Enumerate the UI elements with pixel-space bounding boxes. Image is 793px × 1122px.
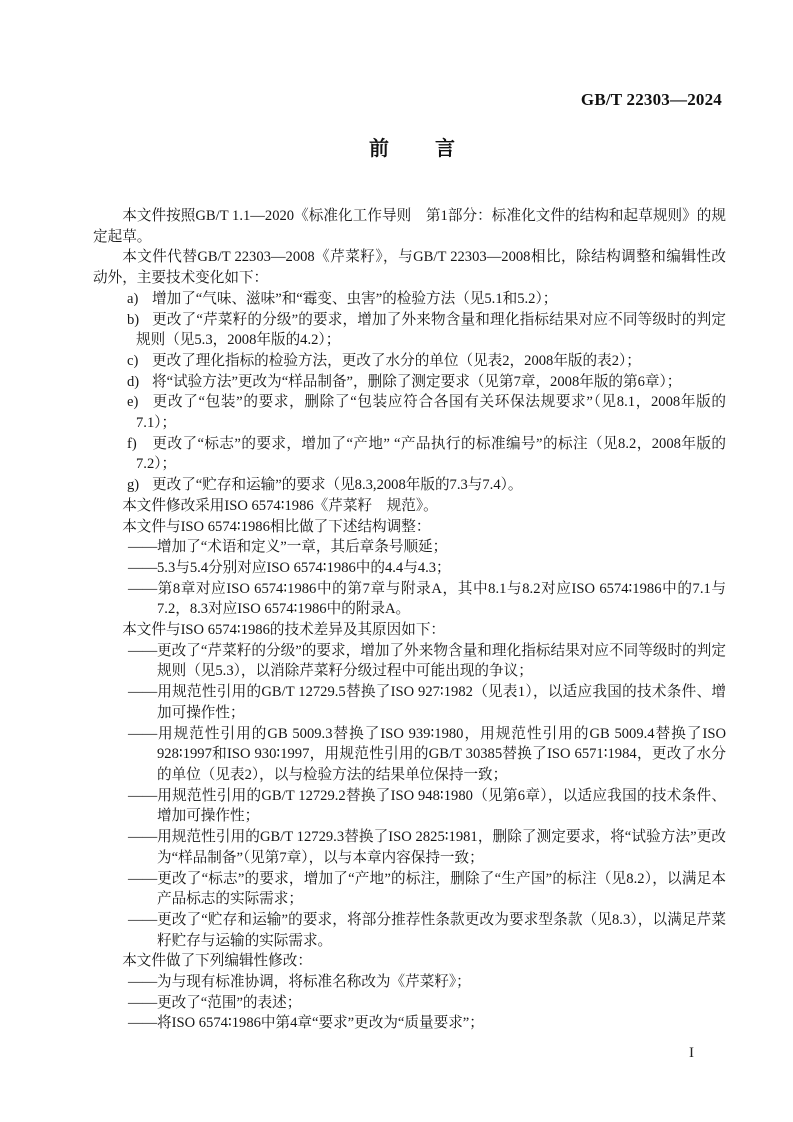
block-text: 本文件代替GB/T 22303—2008《芹菜籽》，与GB/T 22303—20… [93,249,726,286]
dash-marker: —— [128,869,157,890]
block-text: 用规范性引用的GB/T 12729.2替换了ISO 948∶1980（见第6章）… [157,788,726,825]
paragraph: 本文件代替GB/T 22303—2008《芹菜籽》，与GB/T 22303—20… [93,247,726,288]
list-item-dash: ——更改了“芹菜籽的分级”的要求，增加了外来物含量和理化指标结果对应不同等级时的… [93,641,726,682]
list-item-letter: g)更改了“贮存和运输”的要求（见8.3,2008年版的7.3与7.4）。 [93,475,726,496]
item-marker: d) [127,372,152,393]
block-text: 更改了“芹菜籽的分级”的要求，增加了外来物含量和理化指标结果对应不同等级时的判定… [157,643,726,680]
list-item-dash: ——用规范性引用的GB/T 12729.2替换了ISO 948∶1980（见第6… [93,786,726,827]
paragraph: 本文件修改采用ISO 6574∶1986《芹菜籽 规范》。 [93,496,726,517]
document-page: GB/T 22303—2024 前 言 本文件按照GB/T 1.1—2020《标… [0,0,793,1122]
dash-marker: —— [128,910,157,931]
block-text: 更改了“包装”的要求，删除了“包装应符合各国有关环保法规要求”（见8.1，200… [136,394,726,431]
item-marker: g) [127,475,152,496]
block-text: 增加了“气味、滋味”和“霉变、虫害”的检验方法（见5.1和5.2）； [152,291,557,307]
dash-marker: —— [128,993,157,1014]
list-item-dash: ——5.3与5.4分别对应ISO 6574∶1986中的4.4与4.3； [93,558,726,579]
list-item-letter: e)更改了“包装”的要求，删除了“包装应符合各国有关环保法规要求”（见8.1，2… [93,392,726,433]
item-marker: f) [127,434,152,455]
paragraph: 本文件与ISO 6574∶1986的技术差异及其原因如下： [93,620,726,641]
block-text: 本文件与ISO 6574∶1986的技术差异及其原因如下： [122,622,445,638]
block-text: 5.3与5.4分别对应ISO 6574∶1986中的4.4与4.3； [157,560,451,576]
list-item-dash: ——将ISO 6574∶1986中第4章“要求”更改为“质量要求”； [93,1013,726,1034]
standard-code: GB/T 22303—2024 [581,90,722,110]
list-item-letter: f)更改了“标志”的要求，增加了“产地” “产品执行的标准编号”的标注（见8.2… [93,434,726,475]
page-title: 前 言 [369,139,455,159]
item-marker: c) [127,351,152,372]
block-text: 将“试验方法”更改为“样品制备”，删除了测定要求（见第7章，2008年版的第6章… [152,374,681,390]
list-item-dash: ——用规范性引用的GB/T 12729.3替换了ISO 2825∶1981，删除… [93,827,726,868]
dash-marker: —— [128,972,157,993]
block-text: 本文件修改采用ISO 6574∶1986《芹菜籽 规范》。 [122,498,438,514]
item-marker: b) [127,310,152,331]
block-text: 更改了“贮存和运输”的要求（见8.3,2008年版的7.3与7.4）。 [152,477,523,493]
block-text: 更改了“标志”的要求，增加了“产地” “产品执行的标准编号”的标注（见8.2，2… [136,436,726,473]
dash-marker: —— [128,827,157,848]
block-text: 第8章对应ISO 6574∶1986中的第7章与附录A，其中8.1与8.2对应I… [157,581,726,618]
dash-marker: —— [128,537,157,558]
dash-marker: —— [128,641,157,662]
block-text: 用规范性引用的GB/T 12729.5替换了ISO 927∶1982（见表1），… [157,684,726,721]
foreword-body: 本文件按照GB/T 1.1—2020《标准化工作导则 第1部分：标准化文件的结构… [93,206,726,1034]
block-text: 更改了“标志”的要求，增加了“产地”的标注，删除了“生产国”的标注（见8.2），… [157,871,726,908]
list-item-letter: b)更改了“芹菜籽的分级”的要求，增加了外来物含量和理化指标结果对应不同等级时的… [93,310,726,351]
list-item-dash: ——第8章对应ISO 6574∶1986中的第7章与附录A，其中8.1与8.2对… [93,579,726,620]
item-marker: e) [127,392,152,413]
block-text: 用规范性引用的GB 5009.3替换了ISO 939∶1980，用规范性引用的G… [157,726,726,783]
list-item-dash: ——更改了“范围”的表述； [93,993,726,1014]
block-text: 用规范性引用的GB/T 12729.3替换了ISO 2825∶1981，删除了测… [157,829,726,866]
block-text: 更改了“贮存和运输”的要求，将部分推荐性条款更改为要求型条款（见8.3），以满足… [157,912,726,949]
block-text: 更改了“范围”的表述； [157,995,301,1011]
list-item-dash: ——为与现有标准协调，将标准名称改为《芹菜籽》； [93,972,726,993]
dash-marker: —— [128,724,157,745]
block-text: 本文件按照GB/T 1.1—2020《标准化工作导则 第1部分：标准化文件的结构… [93,208,726,245]
title-char-2: 言 [435,139,455,159]
paragraph: 本文件与ISO 6574∶1986相比做了下述结构调整： [93,517,726,538]
dash-marker: —— [128,1013,157,1034]
block-text: 为与现有标准协调，将标准名称改为《芹菜籽》； [157,974,471,990]
block-text: 本文件与ISO 6574∶1986相比做了下述结构调整： [122,519,430,535]
block-text: 增加了“术语和定义”一章，其后章条号顺延； [157,539,447,555]
list-item-dash: ——增加了“术语和定义”一章，其后章条号顺延； [93,537,726,558]
block-text: 更改了理化指标的检验方法，更改了水分的单位（见表2，2008年版的表2）； [152,353,641,369]
block-text: 本文件做了下列编辑性修改： [122,953,312,969]
dash-marker: —— [128,682,157,703]
dash-marker: —— [128,579,157,600]
block-text: 更改了“芹菜籽的分级”的要求，增加了外来物含量和理化指标结果对应不同等级时的判定… [136,312,726,349]
item-marker: a) [127,289,152,310]
list-item-letter: a)增加了“气味、滋味”和“霉变、虫害”的检验方法（见5.1和5.2）； [93,289,726,310]
dash-marker: —— [128,786,157,807]
paragraph: 本文件按照GB/T 1.1—2020《标准化工作导则 第1部分：标准化文件的结构… [93,206,726,247]
list-item-letter: c)更改了理化指标的检验方法，更改了水分的单位（见表2，2008年版的表2）； [93,351,726,372]
list-item-dash: ——用规范性引用的GB 5009.3替换了ISO 939∶1980，用规范性引用… [93,724,726,786]
title-char-1: 前 [369,139,389,159]
list-item-dash: ——用规范性引用的GB/T 12729.5替换了ISO 927∶1982（见表1… [93,682,726,723]
list-item-dash: ——更改了“标志”的要求，增加了“产地”的标注，删除了“生产国”的标注（见8.2… [93,869,726,910]
dash-marker: —— [128,558,157,579]
paragraph: 本文件做了下列编辑性修改： [93,951,726,972]
page-number: I [689,1045,694,1062]
block-text: 将ISO 6574∶1986中第4章“要求”更改为“质量要求”； [157,1015,484,1031]
list-item-dash: ——更改了“贮存和运输”的要求，将部分推荐性条款更改为要求型条款（见8.3），以… [93,910,726,951]
list-item-letter: d)将“试验方法”更改为“样品制备”，删除了测定要求（见第7章，2008年版的第… [93,372,726,393]
